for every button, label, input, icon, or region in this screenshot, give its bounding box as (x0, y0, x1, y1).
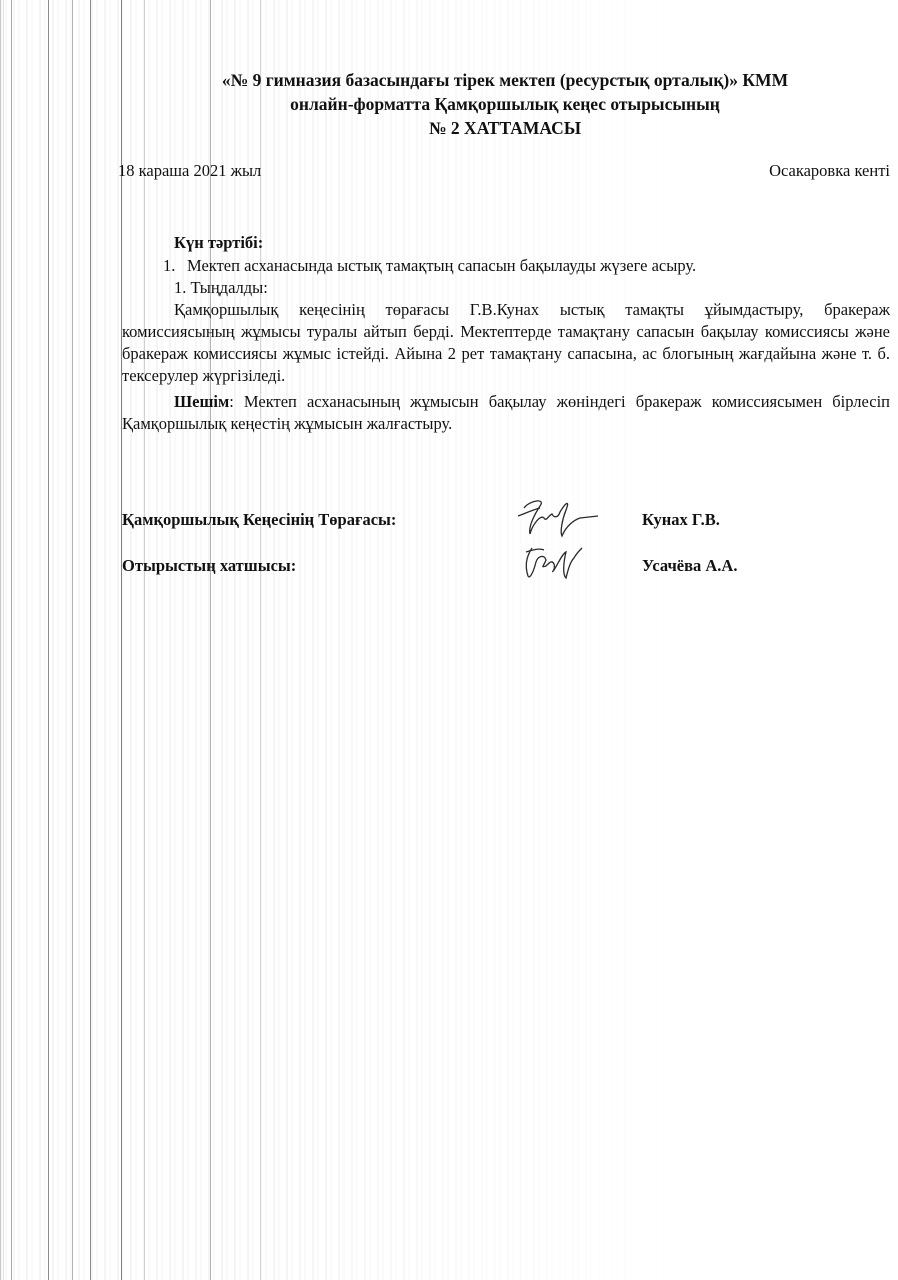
agenda-item: 1.Мектеп асханасында ыстық тамақтың сапа… (122, 255, 898, 277)
agenda-heading: Күн тәртібі: (122, 232, 898, 254)
heard-paragraph: Қамқоршылық кеңесінің төрағасы Г.В.Кунах… (122, 299, 890, 387)
handwritten-signature-icon (510, 540, 600, 589)
meeting-date: 18 караша 2021 жыл (118, 161, 261, 181)
meeting-location: Осакаровка кенті (769, 161, 890, 181)
title-line-1: «№ 9 гимназия базасындағы тірек мектеп (… (120, 68, 890, 92)
document-page: «№ 9 гимназия базасындағы тірек мектеп (… (0, 0, 898, 1280)
date-location-row: 18 караша 2021 жыл Осакаровка кенті (118, 161, 890, 181)
decision-text: Мектеп асханасының жұмысын бақылау жөнін… (122, 392, 890, 433)
document-title: «№ 9 гимназия базасындағы тірек мектеп (… (120, 68, 890, 140)
decision-paragraph: Шешім: Мектеп асханасының жұмысын бақыла… (122, 391, 890, 435)
heard-label: 1. Тыңдалды: (122, 277, 898, 299)
agenda-item-text: Мектеп асханасында ыстық тамақтың сапасы… (187, 256, 696, 275)
signer-name: Усачёва А.А. (642, 556, 737, 576)
title-line-2: онлайн-форматта Қамқоршылық кеңес отырыс… (120, 92, 890, 116)
signature-role: Қамқоршылық Кеңесінің Төрағасы: (122, 510, 396, 530)
title-line-3: № 2 ХАТТАМАСЫ (120, 116, 890, 140)
handwritten-signature-icon (510, 496, 610, 545)
agenda-item-number: 1. (163, 255, 187, 277)
signature-role: Отырыстың хатшысы: (122, 556, 296, 576)
decision-label: Шешім (174, 392, 229, 411)
signer-name: Кунах Г.В. (642, 510, 720, 530)
